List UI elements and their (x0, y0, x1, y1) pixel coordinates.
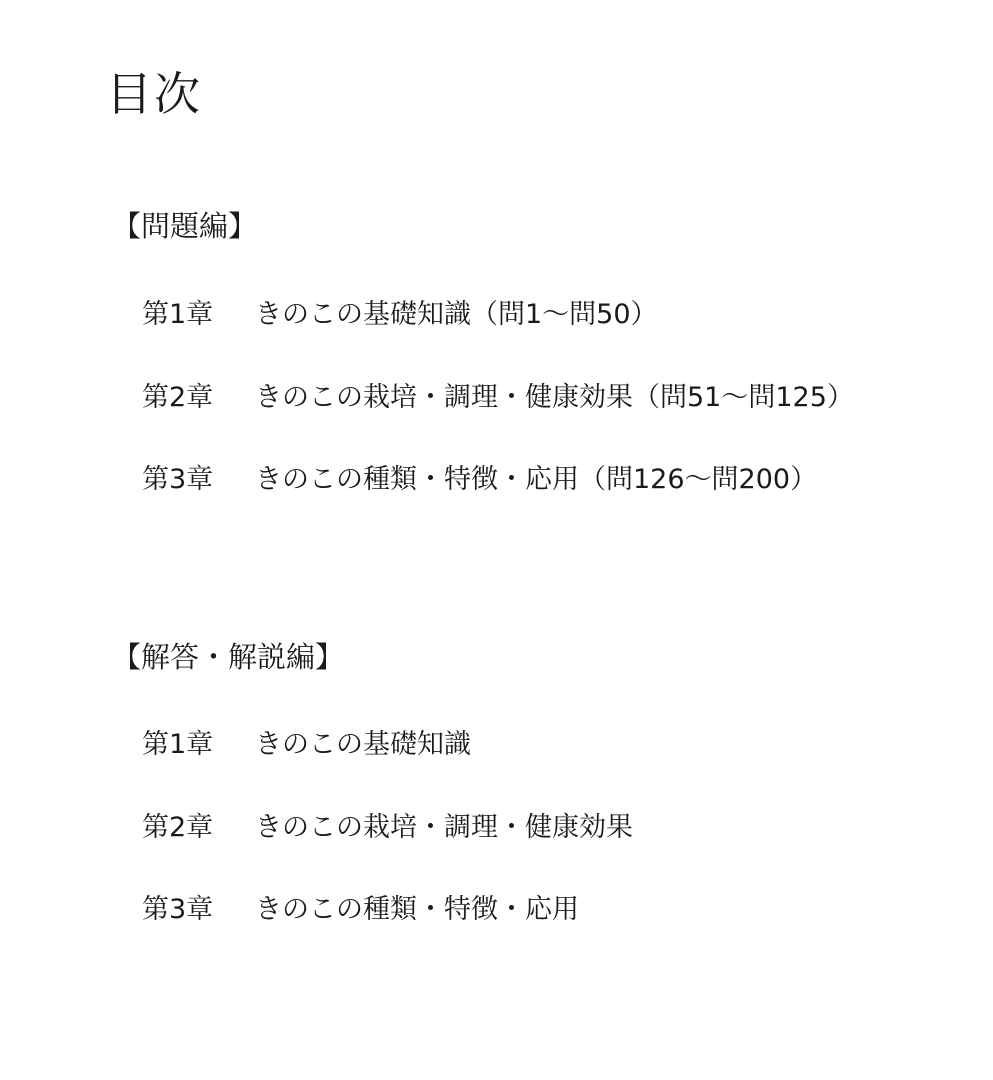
chapter-title: きのこの基礎知識（問1～問50） (255, 299, 658, 330)
section-heading-questions: 【問題編】 (112, 208, 257, 244)
section-heading-answers: 【解答・解説編】 (112, 639, 344, 675)
chapter-title: きのこの栽培・調理・健康効果 (255, 812, 633, 843)
toc-item-answers-ch1[interactable]: 第1章きのこの基礎知識 (142, 728, 471, 762)
toc-item-answers-ch3[interactable]: 第3章きのこの種類・特徴・応用 (142, 893, 579, 927)
toc-item-questions-ch3[interactable]: 第3章きのこの種類・特徴・応用（問126～問200） (142, 463, 817, 497)
page-title: 目次 (106, 66, 202, 122)
toc-item-answers-ch2[interactable]: 第2章きのこの栽培・調理・健康効果 (142, 811, 633, 845)
chapter-title: きのこの栽培・調理・健康効果（問51～問125） (255, 382, 854, 413)
chapter-number: 第3章 (142, 463, 255, 497)
chapter-number: 第3章 (142, 893, 255, 927)
chapter-title: きのこの種類・特徴・応用（問126～問200） (255, 464, 817, 495)
chapter-number: 第1章 (142, 298, 255, 332)
toc-item-questions-ch1[interactable]: 第1章きのこの基礎知識（問1～問50） (142, 298, 658, 332)
toc-item-questions-ch2[interactable]: 第2章きのこの栽培・調理・健康効果（問51～問125） (142, 381, 854, 415)
chapter-number: 第2章 (142, 811, 255, 845)
chapter-number: 第1章 (142, 728, 255, 762)
chapter-number: 第2章 (142, 381, 255, 415)
chapter-title: きのこの種類・特徴・応用 (255, 894, 579, 925)
chapter-title: きのこの基礎知識 (255, 729, 471, 760)
